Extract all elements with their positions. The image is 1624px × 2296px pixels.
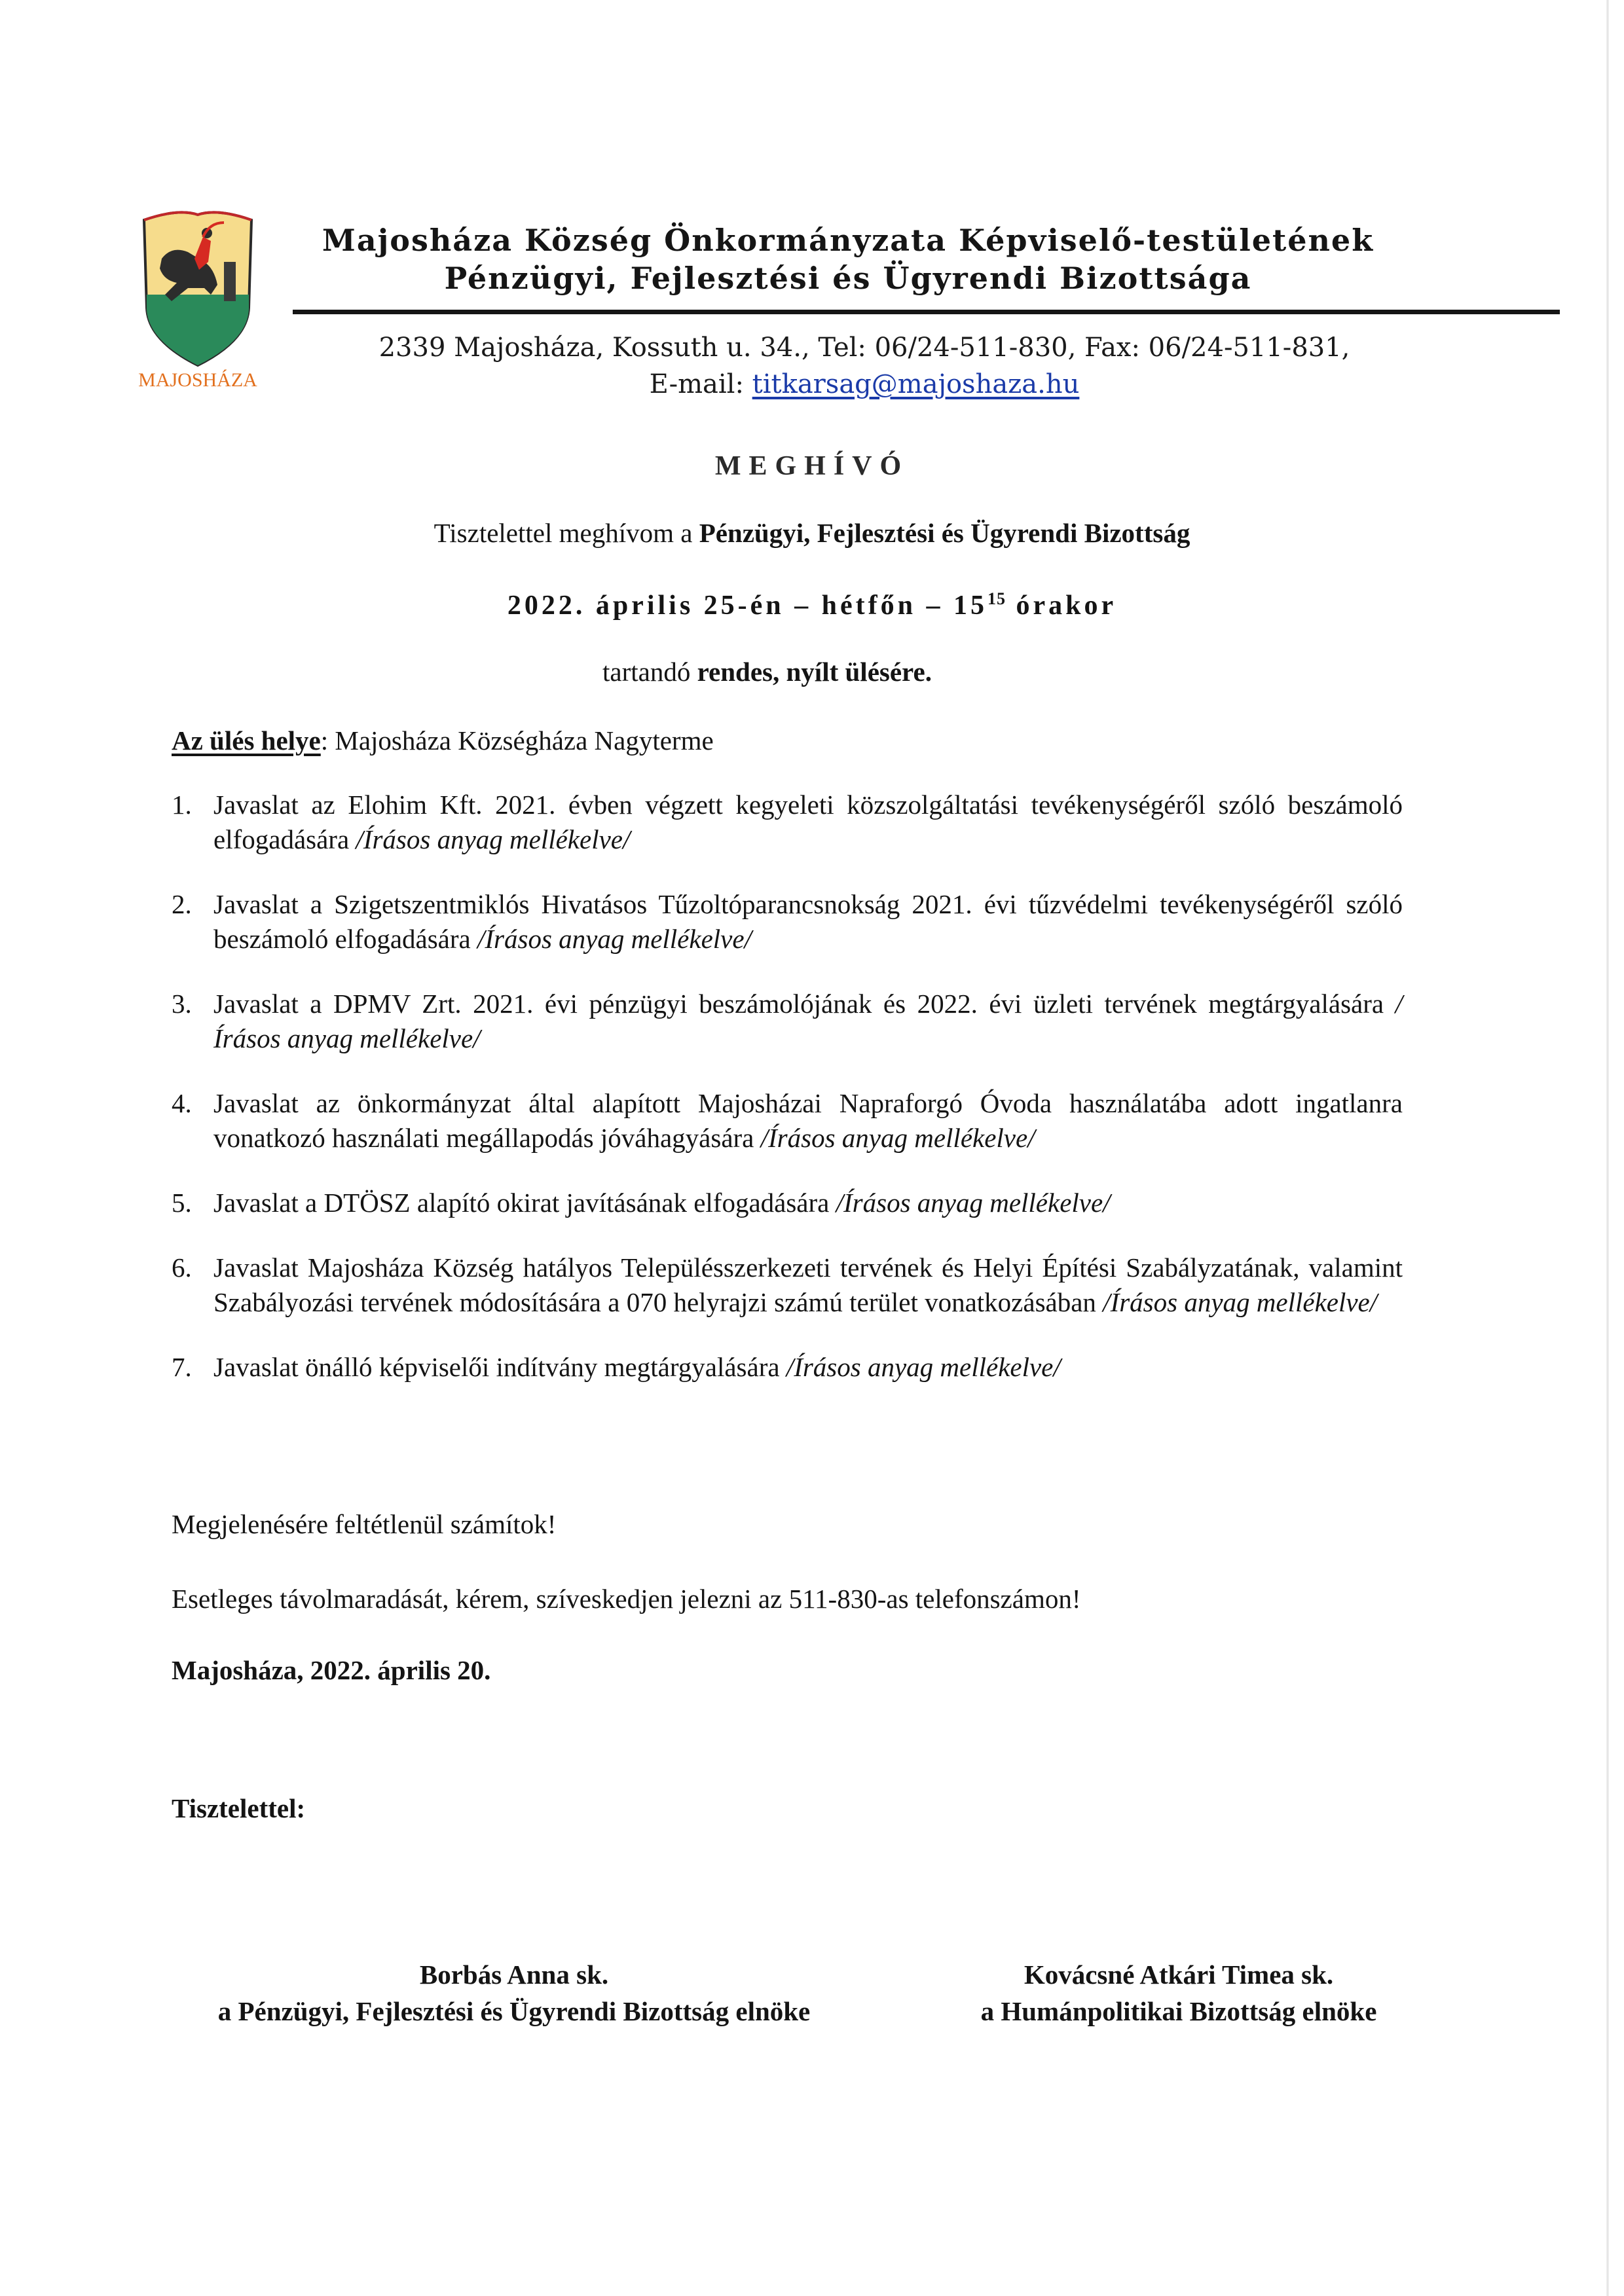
agenda-text: Javaslat önálló képviselői indítvány meg… xyxy=(213,1352,786,1382)
svg-text:MAJOSHÁZA: MAJOSHÁZA xyxy=(138,369,257,391)
attendance-note: Megjelenésére feltétlenül számítok! xyxy=(172,1508,556,1540)
agenda-item: 3.Javaslat a DPMV Zrt. 2021. évi pénzügy… xyxy=(172,987,1403,1056)
attachment-note: /Írásos anyag mellékelve/ xyxy=(836,1188,1111,1218)
signer-name: Borbás Anna sk. xyxy=(157,1956,871,1993)
email-link[interactable]: titkarsag@majoshaza.hu xyxy=(752,369,1080,399)
attachment-note: /Írásos anyag mellékelve/ xyxy=(356,824,630,854)
organization-name-line2: Pénzügyi, Fejlesztési és Ügyrendi Bizott… xyxy=(288,259,1408,297)
letterhead-divider xyxy=(293,310,1560,314)
agenda-item: 6.Javaslat Majosháza Község hatályos Tel… xyxy=(172,1250,1403,1320)
signature-block-human-policy: Kovácsné Atkári Timea sk. a Humánpolitik… xyxy=(930,1956,1428,2030)
scanner-edge-line xyxy=(1606,0,1609,2296)
location-label: Az ülés helye xyxy=(172,725,321,756)
session-prefix: tartandó xyxy=(602,657,697,687)
attachment-note: /Írásos anyag mellékelve/ xyxy=(786,1352,1061,1382)
agenda-number: 3. xyxy=(172,987,192,1021)
address-line: 2339 Majosháza, Kossuth u. 34., Tel: 06/… xyxy=(288,329,1441,366)
session-kind: rendes, nyílt ülésére. xyxy=(697,657,932,687)
regards: Tisztelettel: xyxy=(172,1793,305,1824)
signer-role: a Humánpolitikai Bizottság elnöke xyxy=(930,1993,1428,2030)
agenda-number: 4. xyxy=(172,1086,192,1121)
agenda-item: 4.Javaslat az önkormányzat által alapíto… xyxy=(172,1086,1403,1156)
committee-name: Pénzügyi, Fejlesztési és Ügyrendi Bizott… xyxy=(699,518,1190,548)
signer-name: Kovácsné Atkári Timea sk. xyxy=(930,1956,1428,1993)
document-title: MEGHÍVÓ xyxy=(0,450,1624,482)
contact-info: 2339 Majosháza, Kossuth u. 34., Tel: 06/… xyxy=(288,329,1441,403)
attachment-note: /Írásos anyag mellékelve/ xyxy=(761,1123,1035,1153)
absence-note: Esetleges távolmaradását, kérem, szívesk… xyxy=(172,1583,1081,1614)
agenda-text: Javaslat a Szigetszentmiklós Hivatásos T… xyxy=(213,889,1403,954)
agenda-number: 2. xyxy=(172,887,192,922)
meeting-datetime: 2022. április 25-én – hétfőn – 1515 órak… xyxy=(0,589,1624,621)
invitation-intro: Tisztelettel meghívom a Pénzügyi, Fejles… xyxy=(0,517,1624,549)
organization-name: Majosháza Község Önkormányzata Képviselő… xyxy=(288,221,1408,297)
meeting-date: 2022. április 25-én – hétfőn – 15 xyxy=(507,591,987,621)
agenda-item: 1.Javaslat az Elohim Kft. 2021. évben vé… xyxy=(172,788,1403,857)
agenda-number: 7. xyxy=(172,1350,192,1385)
meeting-minutes: 15 xyxy=(987,589,1006,608)
session-type: tartandó rendes, nyílt ülésére. xyxy=(602,656,932,687)
agenda-text: Javaslat a DPMV Zrt. 2021. évi pénzügyi … xyxy=(213,989,1395,1019)
agenda-item: 2.Javaslat a Szigetszentmiklós Hivatásos… xyxy=(172,887,1403,957)
meeting-time-suffix: órakor xyxy=(1006,591,1116,621)
signer-role: a Pénzügyi, Fejlesztési és Ügyrendi Bizo… xyxy=(157,1993,871,2030)
agenda-text: Javaslat a DTÖSZ alapító okirat javításá… xyxy=(213,1188,836,1218)
organization-name-line1: Majosháza Község Önkormányzata Képviselő… xyxy=(288,221,1408,259)
agenda-number: 5. xyxy=(172,1186,192,1220)
attachment-note: /Írásos anyag mellékelve/ xyxy=(1103,1287,1377,1317)
agenda-list: 1.Javaslat az Elohim Kft. 2021. évben vé… xyxy=(172,788,1403,1415)
coat-of-arms-icon: MAJOSHÁZA xyxy=(126,196,270,393)
attachment-note: /Írásos anyag mellékelve/ xyxy=(477,924,752,954)
agenda-number: 6. xyxy=(172,1250,192,1285)
email-line: E-mail: titkarsag@majoshaza.hu xyxy=(288,366,1441,403)
meeting-location: Az ülés helye: Majosháza Községháza Nagy… xyxy=(172,725,714,756)
location-value: : Majosháza Községháza Nagyterme xyxy=(321,725,714,756)
email-label: E-mail: xyxy=(650,369,744,399)
intro-text: Tisztelettel meghívom a xyxy=(434,518,699,548)
agenda-item: 5.Javaslat a DTÖSZ alapító okirat javítá… xyxy=(172,1186,1403,1220)
agenda-item: 7.Javaslat önálló képviselői indítvány m… xyxy=(172,1350,1403,1385)
place-and-date: Majosháza, 2022. április 20. xyxy=(172,1654,490,1686)
signature-block-chair: Borbás Anna sk. a Pénzügyi, Fejlesztési … xyxy=(157,1956,871,2030)
agenda-number: 1. xyxy=(172,788,192,822)
